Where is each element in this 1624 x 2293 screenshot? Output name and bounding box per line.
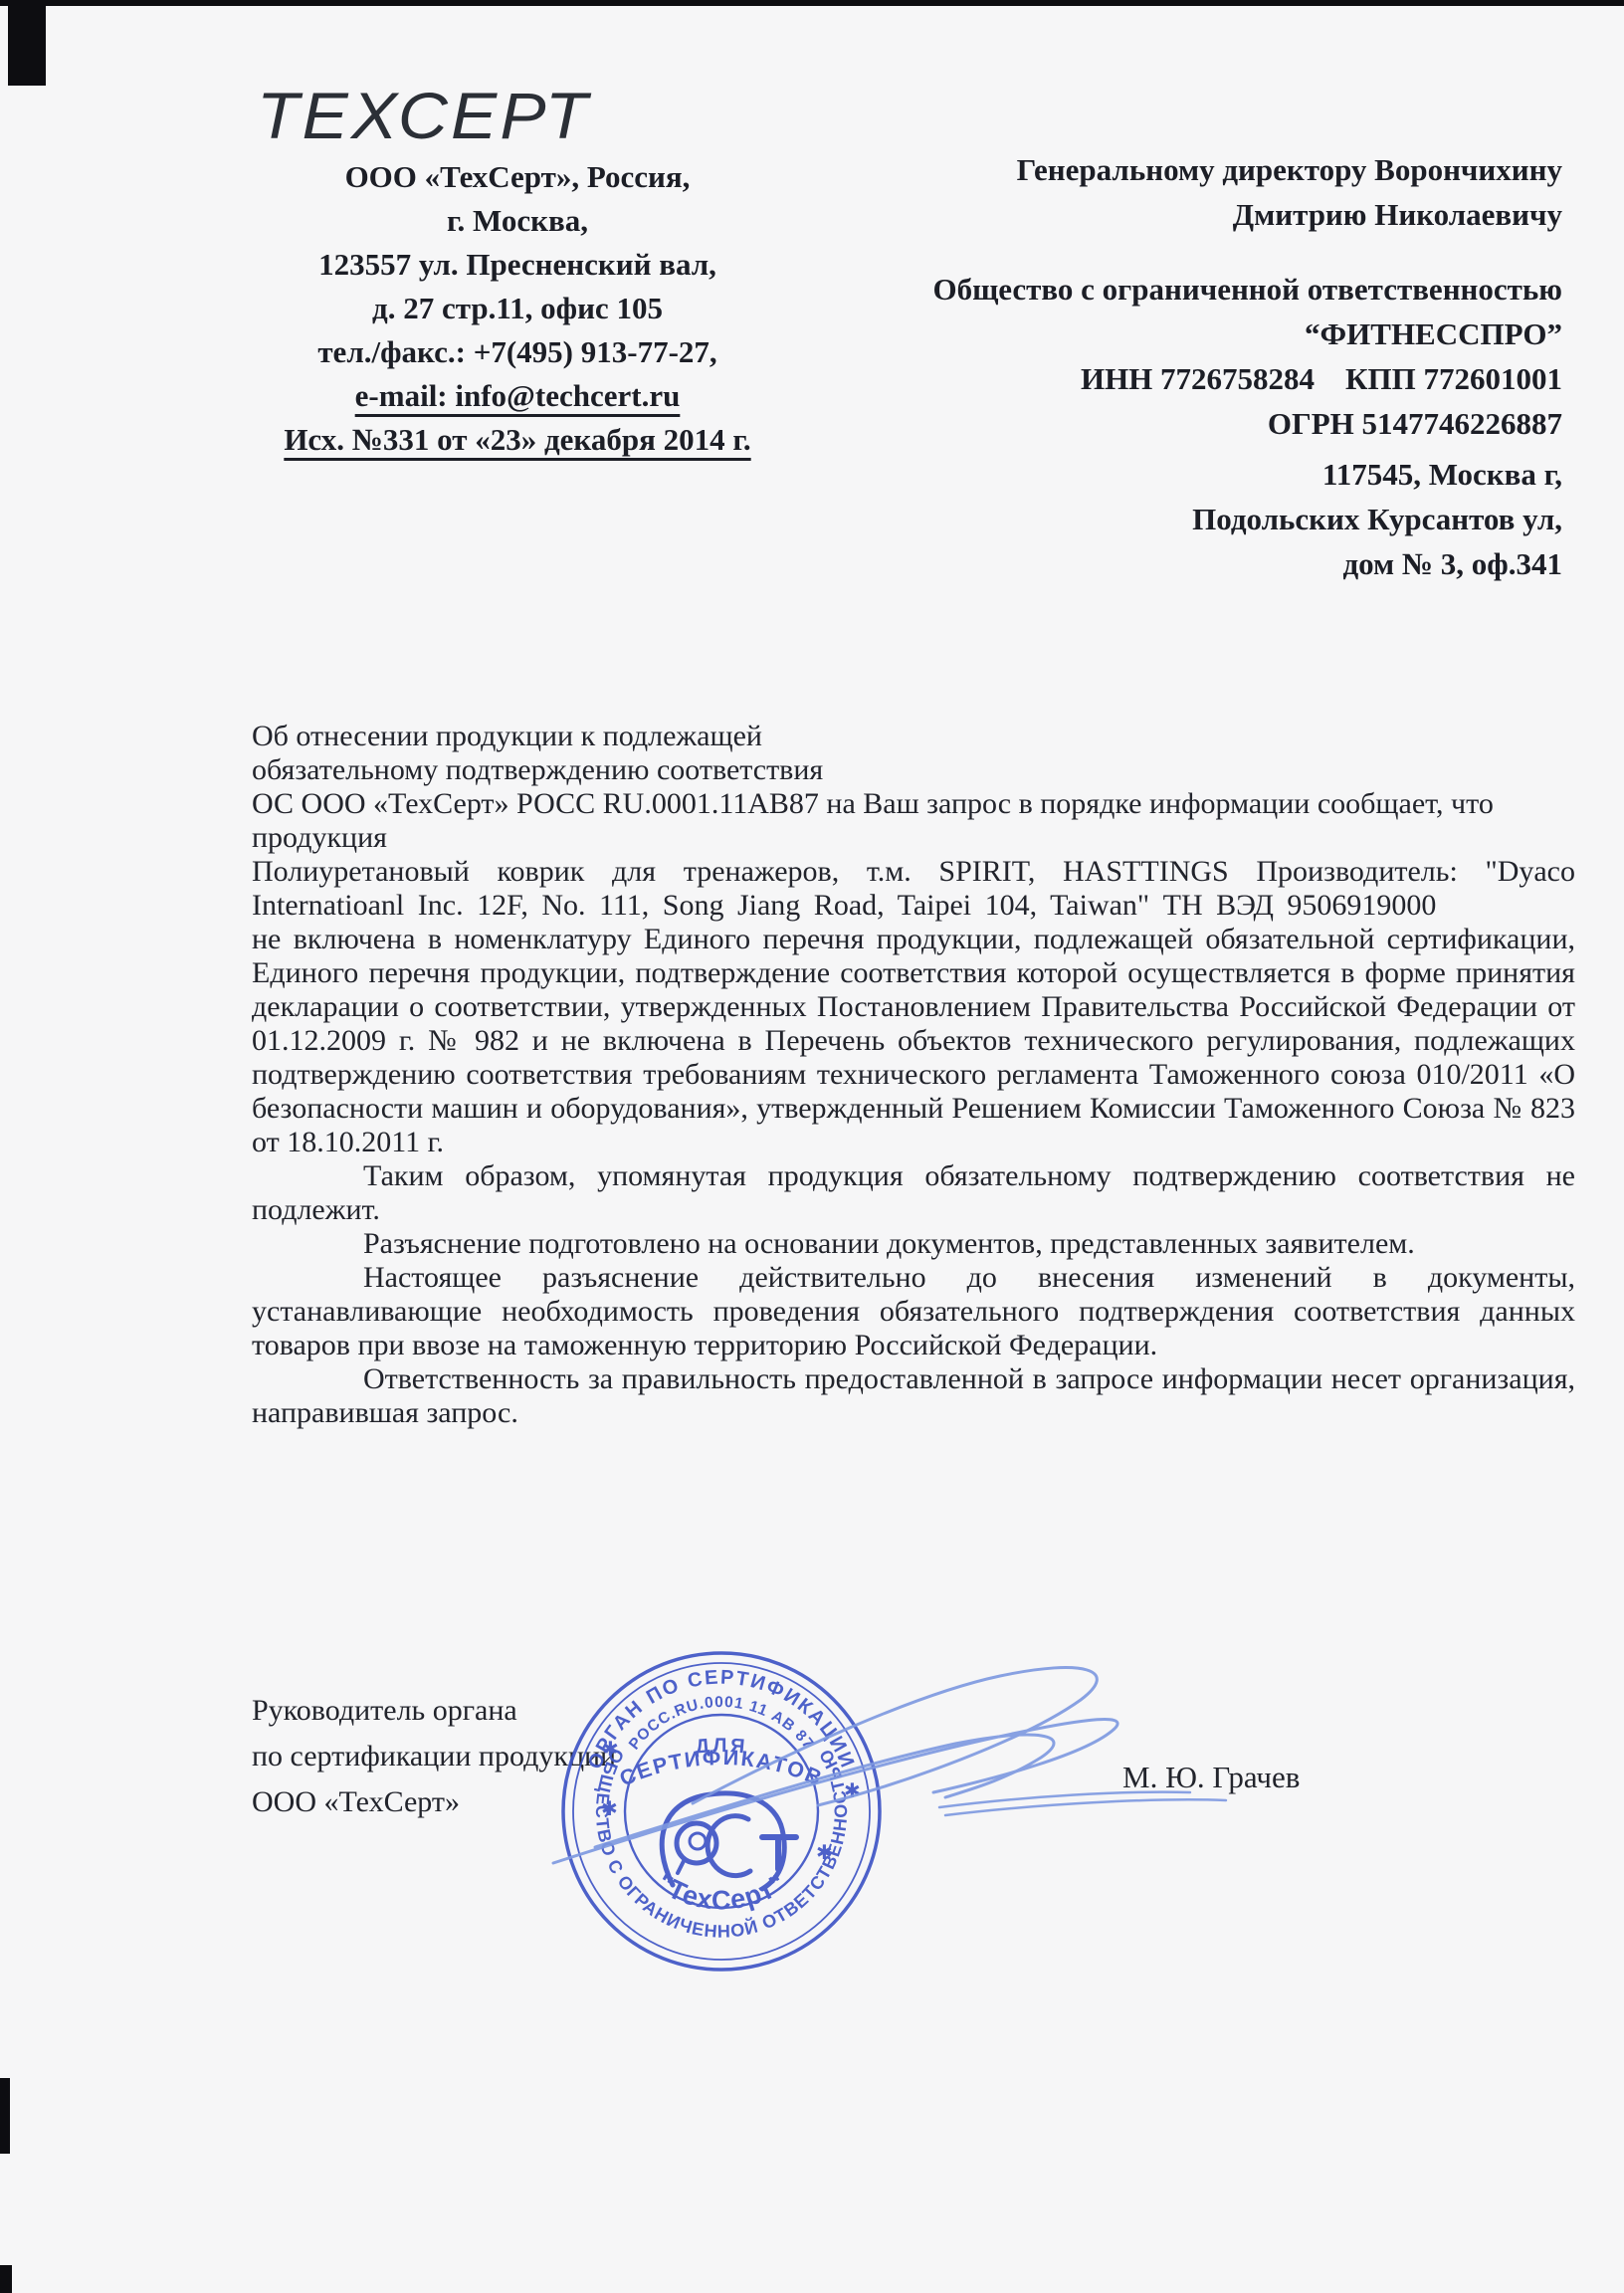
basis-paragraph: Разъяснение подготовлено на основании до… (252, 1227, 1575, 1261)
rst-certification-mark-icon (662, 1793, 796, 1889)
conclusion-paragraph: Таким образом, упомянутая продукция обяз… (252, 1159, 1575, 1227)
letter-body: Об отнесении продукции к подлежащей обяз… (252, 720, 1575, 1430)
recipient-line: Дмитрию Николаевичу (1017, 192, 1562, 237)
signer-role-block: Руководитель органа по сертификации прод… (252, 1688, 616, 1825)
stamp-arc-top-text: ОРГАН ПО СЕРТИФИКАЦИИ (584, 1667, 859, 1772)
signer-role-line: ООО «ТехСерт» (252, 1779, 616, 1825)
signer-role-line: по сертификации продукции (252, 1734, 616, 1779)
signer-role-line: Руководитель органа (252, 1688, 616, 1734)
scan-artifact-top-left-corner (8, 0, 46, 86)
stamp-arc-number-text: РОСС.RU.0001 11 АВ 87 (626, 1694, 817, 1753)
sender-line: тел./факс.: +7(495) 913-77-27, (179, 330, 856, 374)
sender-line: ООО «ТехСерт», Россия, (179, 155, 856, 199)
recipient-line: Генеральному директору Ворончихину (1017, 147, 1562, 192)
company-inn-kpp: ИНН 7726758284 КПП 772601001 (932, 356, 1562, 401)
product-paragraph: Полиуретановый коврик для тренажеров, т.… (252, 855, 1575, 923)
company-ogrn: ОГРН 5147746226887 (932, 401, 1562, 446)
stamp-second-ring (573, 1663, 870, 1960)
star-icon: ✱ (844, 1780, 861, 1802)
stamp-arc-bottom-text: ОБЩЕСТВО С ОГРАНИЧЕННОЙ ОТВЕТСТВЕННОСТЬЮ (592, 1746, 851, 1942)
validity-paragraph: Настоящее разъяснение действительно до в… (252, 1261, 1575, 1362)
scanned-letter-page: ТЕХСЕРТ ООО «ТехСерт», Россия, г. Москва… (0, 0, 1624, 2293)
signer-name: М. Ю. Грачев (1122, 1760, 1300, 1795)
scan-artifact-left-edge (0, 2078, 10, 2154)
address-line: 117545, Москва г, (1192, 452, 1562, 497)
scan-artifact-bottom-left (0, 2265, 12, 2293)
recipient-company-block: Общество с ограниченной ответственностью… (932, 267, 1562, 446)
stamp-center-line2: СЕРТИФИКАТОВ (616, 1746, 827, 1791)
sender-email: e-mail: info@techcert.ru (179, 374, 856, 418)
stamp-center-line1: ДЛЯ (695, 1735, 749, 1758)
address-line: дом № 3, оф.341 (1192, 541, 1562, 586)
scan-artifact-top-edge (0, 0, 1624, 6)
company-line: Общество с ограниченной ответственностью (932, 267, 1562, 312)
address-line: Подольских Курсантов ул, (1192, 497, 1562, 541)
recipient-block: Генеральному директору Ворончихину Дмитр… (1017, 147, 1562, 237)
subject-line: обязательному подтверждению соответствия (252, 753, 1575, 787)
intro-paragraph: ОС ООО «ТехСерт» РОСС RU.0001.11АВ87 на … (252, 787, 1575, 855)
sender-line: 123557 ул. Пресненский вал, (179, 243, 856, 287)
outgoing-ref-number: Исх. №331 от «23» декабря 2014 г. (179, 418, 856, 462)
star-icon: ✱ (816, 1842, 833, 1864)
subject-line: Об отнесении продукции к подлежащей (252, 720, 1575, 753)
main-paragraph: не включена в номенклатуру Единого переч… (252, 923, 1575, 1159)
company-logo: ТЕХСЕРТ (257, 78, 590, 153)
stamp-company-name: "ТехСерт" (651, 1868, 791, 1916)
stamp-inner-ring (625, 1715, 818, 1908)
recipient-address-block: 117545, Москва г, Подольских Курсантов у… (1192, 452, 1562, 586)
responsibility-paragraph: Ответственность за правильность предоста… (252, 1362, 1575, 1430)
sender-line: д. 27 стр.11, офис 105 (179, 287, 856, 330)
sender-block: ООО «ТехСерт», Россия, г. Москва, 123557… (179, 155, 856, 462)
company-name: “ФИТНЕССПРО” (932, 312, 1562, 356)
sender-line: г. Москва, (179, 199, 856, 243)
